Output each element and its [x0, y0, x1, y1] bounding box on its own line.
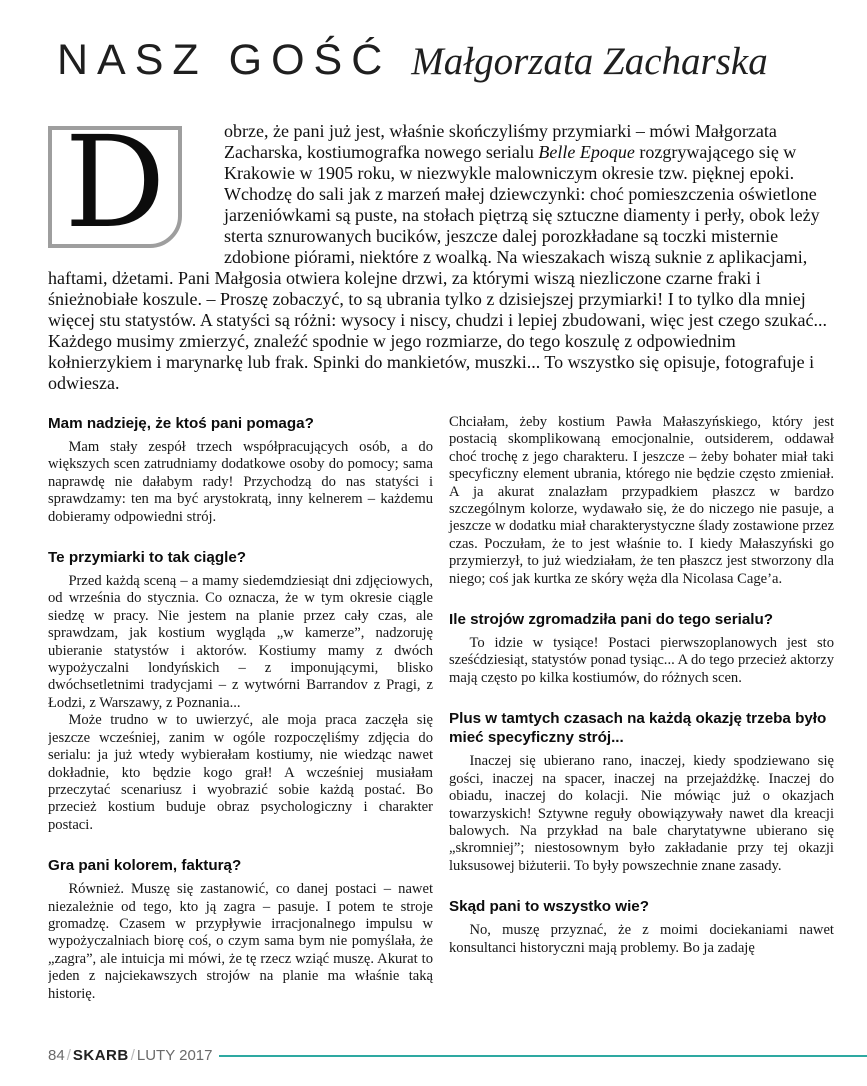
footer-accent-line — [219, 1055, 867, 1057]
answer-paragraph: Również. Muszę się zastanowić, co danej … — [48, 881, 433, 1003]
answer-paragraph: Przed każdą sceną – a mamy siedemdziesią… — [48, 573, 433, 712]
answer-paragraph: Inaczej się ubierano rano, inaczej, kied… — [449, 753, 834, 875]
footer-separator: / — [67, 1047, 71, 1064]
intro-section: D obrze, że pani już jest, właśnie skońc… — [48, 121, 834, 394]
article-header: NASZ GOŚĆ Małgorzata Zacharska — [0, 0, 867, 85]
question-heading: Te przymiarki to tak ciągle? — [48, 548, 433, 567]
qa-section: Skąd pani to wszystko wie? No, muszę prz… — [449, 897, 834, 957]
section-kicker: NASZ GOŚĆ — [57, 36, 391, 85]
series-title-italic: Belle Epoque — [538, 142, 634, 162]
continuation-paragraph: Chciałam, żeby kostium Pawła Małaszyński… — [449, 414, 834, 588]
question-heading: Plus w tamtych czasach na każdą okazję t… — [449, 709, 834, 747]
page-number: 84 — [48, 1047, 65, 1064]
answer-paragraph: No, muszę przyznać, że z moimi dociekani… — [449, 922, 834, 957]
columns: Mam nadzieję, że ktoś pani pomaga? Mam s… — [48, 414, 834, 1036]
qa-section: Gra pani kolorem, fakturą? Również. Musz… — [48, 856, 433, 1003]
magazine-name: SKARB — [73, 1047, 129, 1064]
qa-section: Te przymiarki to tak ciągle? Przed każdą… — [48, 548, 433, 834]
left-column: Mam nadzieję, że ktoś pani pomaga? Mam s… — [48, 414, 433, 1036]
guest-name: Małgorzata Zacharska — [411, 39, 767, 84]
answer-paragraph: Może trudno w to uwierzyć, ale moja prac… — [48, 712, 433, 834]
question-heading: Gra pani kolorem, fakturą? — [48, 856, 433, 875]
question-heading: Mam nadzieję, że ktoś pani pomaga? — [48, 414, 433, 433]
question-heading: Skąd pani to wszystko wie? — [449, 897, 834, 916]
qa-section: Ile strojów zgromadziła pani do tego ser… — [449, 610, 834, 687]
answer-paragraph: To idzie w tysiące! Postaci pierwszoplan… — [449, 635, 834, 687]
page-footer: 84/SKARB/LUTY 2017 — [48, 1047, 867, 1064]
qa-section: Mam nadzieję, że ktoś pani pomaga? Mam s… — [48, 414, 433, 526]
magazine-page: NASZ GOŚĆ Małgorzata Zacharska D obrze, … — [0, 0, 867, 1086]
qa-section: Plus w tamtych czasach na każdą okazję t… — [449, 709, 834, 875]
issue-label: LUTY 2017 — [137, 1047, 213, 1064]
dropcap-box: D — [48, 126, 182, 248]
right-column: Chciałam, żeby kostium Pawła Małaszyński… — [449, 414, 834, 1036]
answer-paragraph: Mam stały zespół trzech współpracujących… — [48, 439, 433, 526]
dropcap-letter: D — [64, 134, 165, 232]
question-heading: Ile strojów zgromadziła pani do tego ser… — [449, 610, 834, 629]
footer-separator: / — [131, 1047, 135, 1064]
